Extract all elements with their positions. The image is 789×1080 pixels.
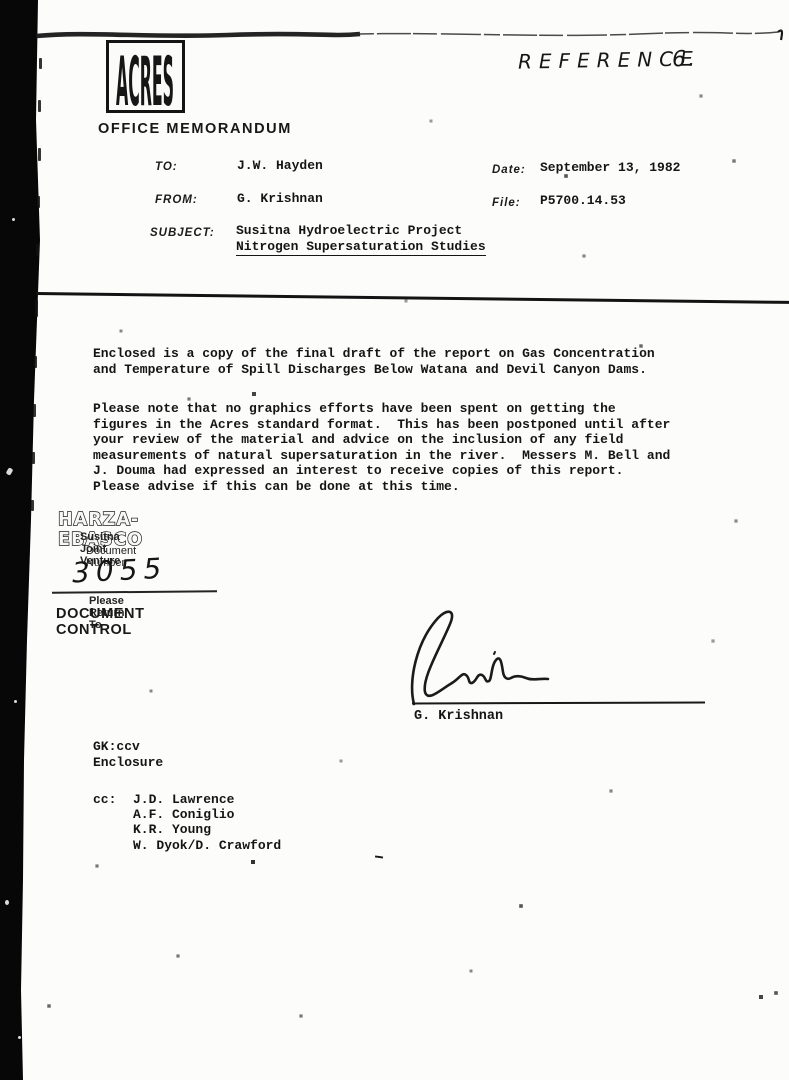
- scan-black-border: [0, 0, 42, 1080]
- pen-dash-artifact: [375, 855, 383, 858]
- from-label: FROM:: [155, 194, 198, 206]
- date-value: September 13, 1982: [540, 160, 680, 175]
- memo-title: OFFICE MEMORANDUM: [98, 121, 292, 137]
- edge-tick: [36, 244, 39, 256]
- edge-tick: [33, 404, 36, 417]
- edge-tick: [38, 100, 41, 112]
- scan-noise: [0, 0, 2, 2]
- to-value: J.W. Hayden: [237, 158, 323, 173]
- signature-line: [412, 701, 705, 704]
- svg-text:ACRES: ACRES: [116, 43, 174, 110]
- scan-speck: [14, 700, 17, 703]
- from-value: G. Krishnan: [237, 191, 323, 206]
- reference-initials: GK:ccv Enclosure: [93, 739, 163, 770]
- edge-tick: [34, 356, 37, 368]
- handwritten-document-number: 3055: [71, 552, 168, 590]
- edge-tick: [37, 196, 40, 208]
- cc-list: J.D. Lawrence A.F. Coniglio K.R. Young W…: [133, 792, 281, 853]
- edge-tick: [32, 452, 35, 464]
- divider-rule: [36, 292, 789, 304]
- edge-tick: [38, 148, 41, 161]
- handwritten-reference-number: 6.: [672, 47, 698, 73]
- acres-logo-text: ACRES: [109, 43, 182, 110]
- file-value: P5700.14.53: [540, 193, 626, 208]
- body-paragraph-1: Enclosed is a copy of the final draft of…: [93, 346, 655, 377]
- cc-label: cc:: [93, 792, 116, 807]
- subject-label: SUBJECT:: [150, 227, 215, 239]
- scan-speck: [12, 218, 15, 221]
- subject-line2: Nitrogen Supersaturation Studies: [236, 239, 486, 254]
- document-number-line: [52, 590, 217, 593]
- scan-speck: [18, 1036, 21, 1039]
- scan-speck: [5, 900, 9, 905]
- signature-scribble: [408, 608, 578, 708]
- file-label: File:: [492, 197, 521, 209]
- to-label: TO:: [155, 161, 178, 173]
- acres-logo: ACRES: [106, 40, 185, 113]
- signature-name: G. Krishnan: [414, 709, 503, 724]
- subject-line1: Susitna Hydroelectric Project: [236, 223, 462, 238]
- scanned-memo-page: ACRES REFERENCE 6. OFFICE MEMORANDUM TO:…: [0, 0, 789, 1080]
- stamp-control-line: DOCUMENT CONTROL: [56, 606, 145, 638]
- edge-tick: [39, 58, 42, 69]
- date-label: Date:: [492, 164, 526, 176]
- body-paragraph-2: Please note that no graphics efforts hav…: [93, 401, 670, 494]
- edge-tick: [35, 300, 38, 317]
- edge-tick: [31, 500, 34, 511]
